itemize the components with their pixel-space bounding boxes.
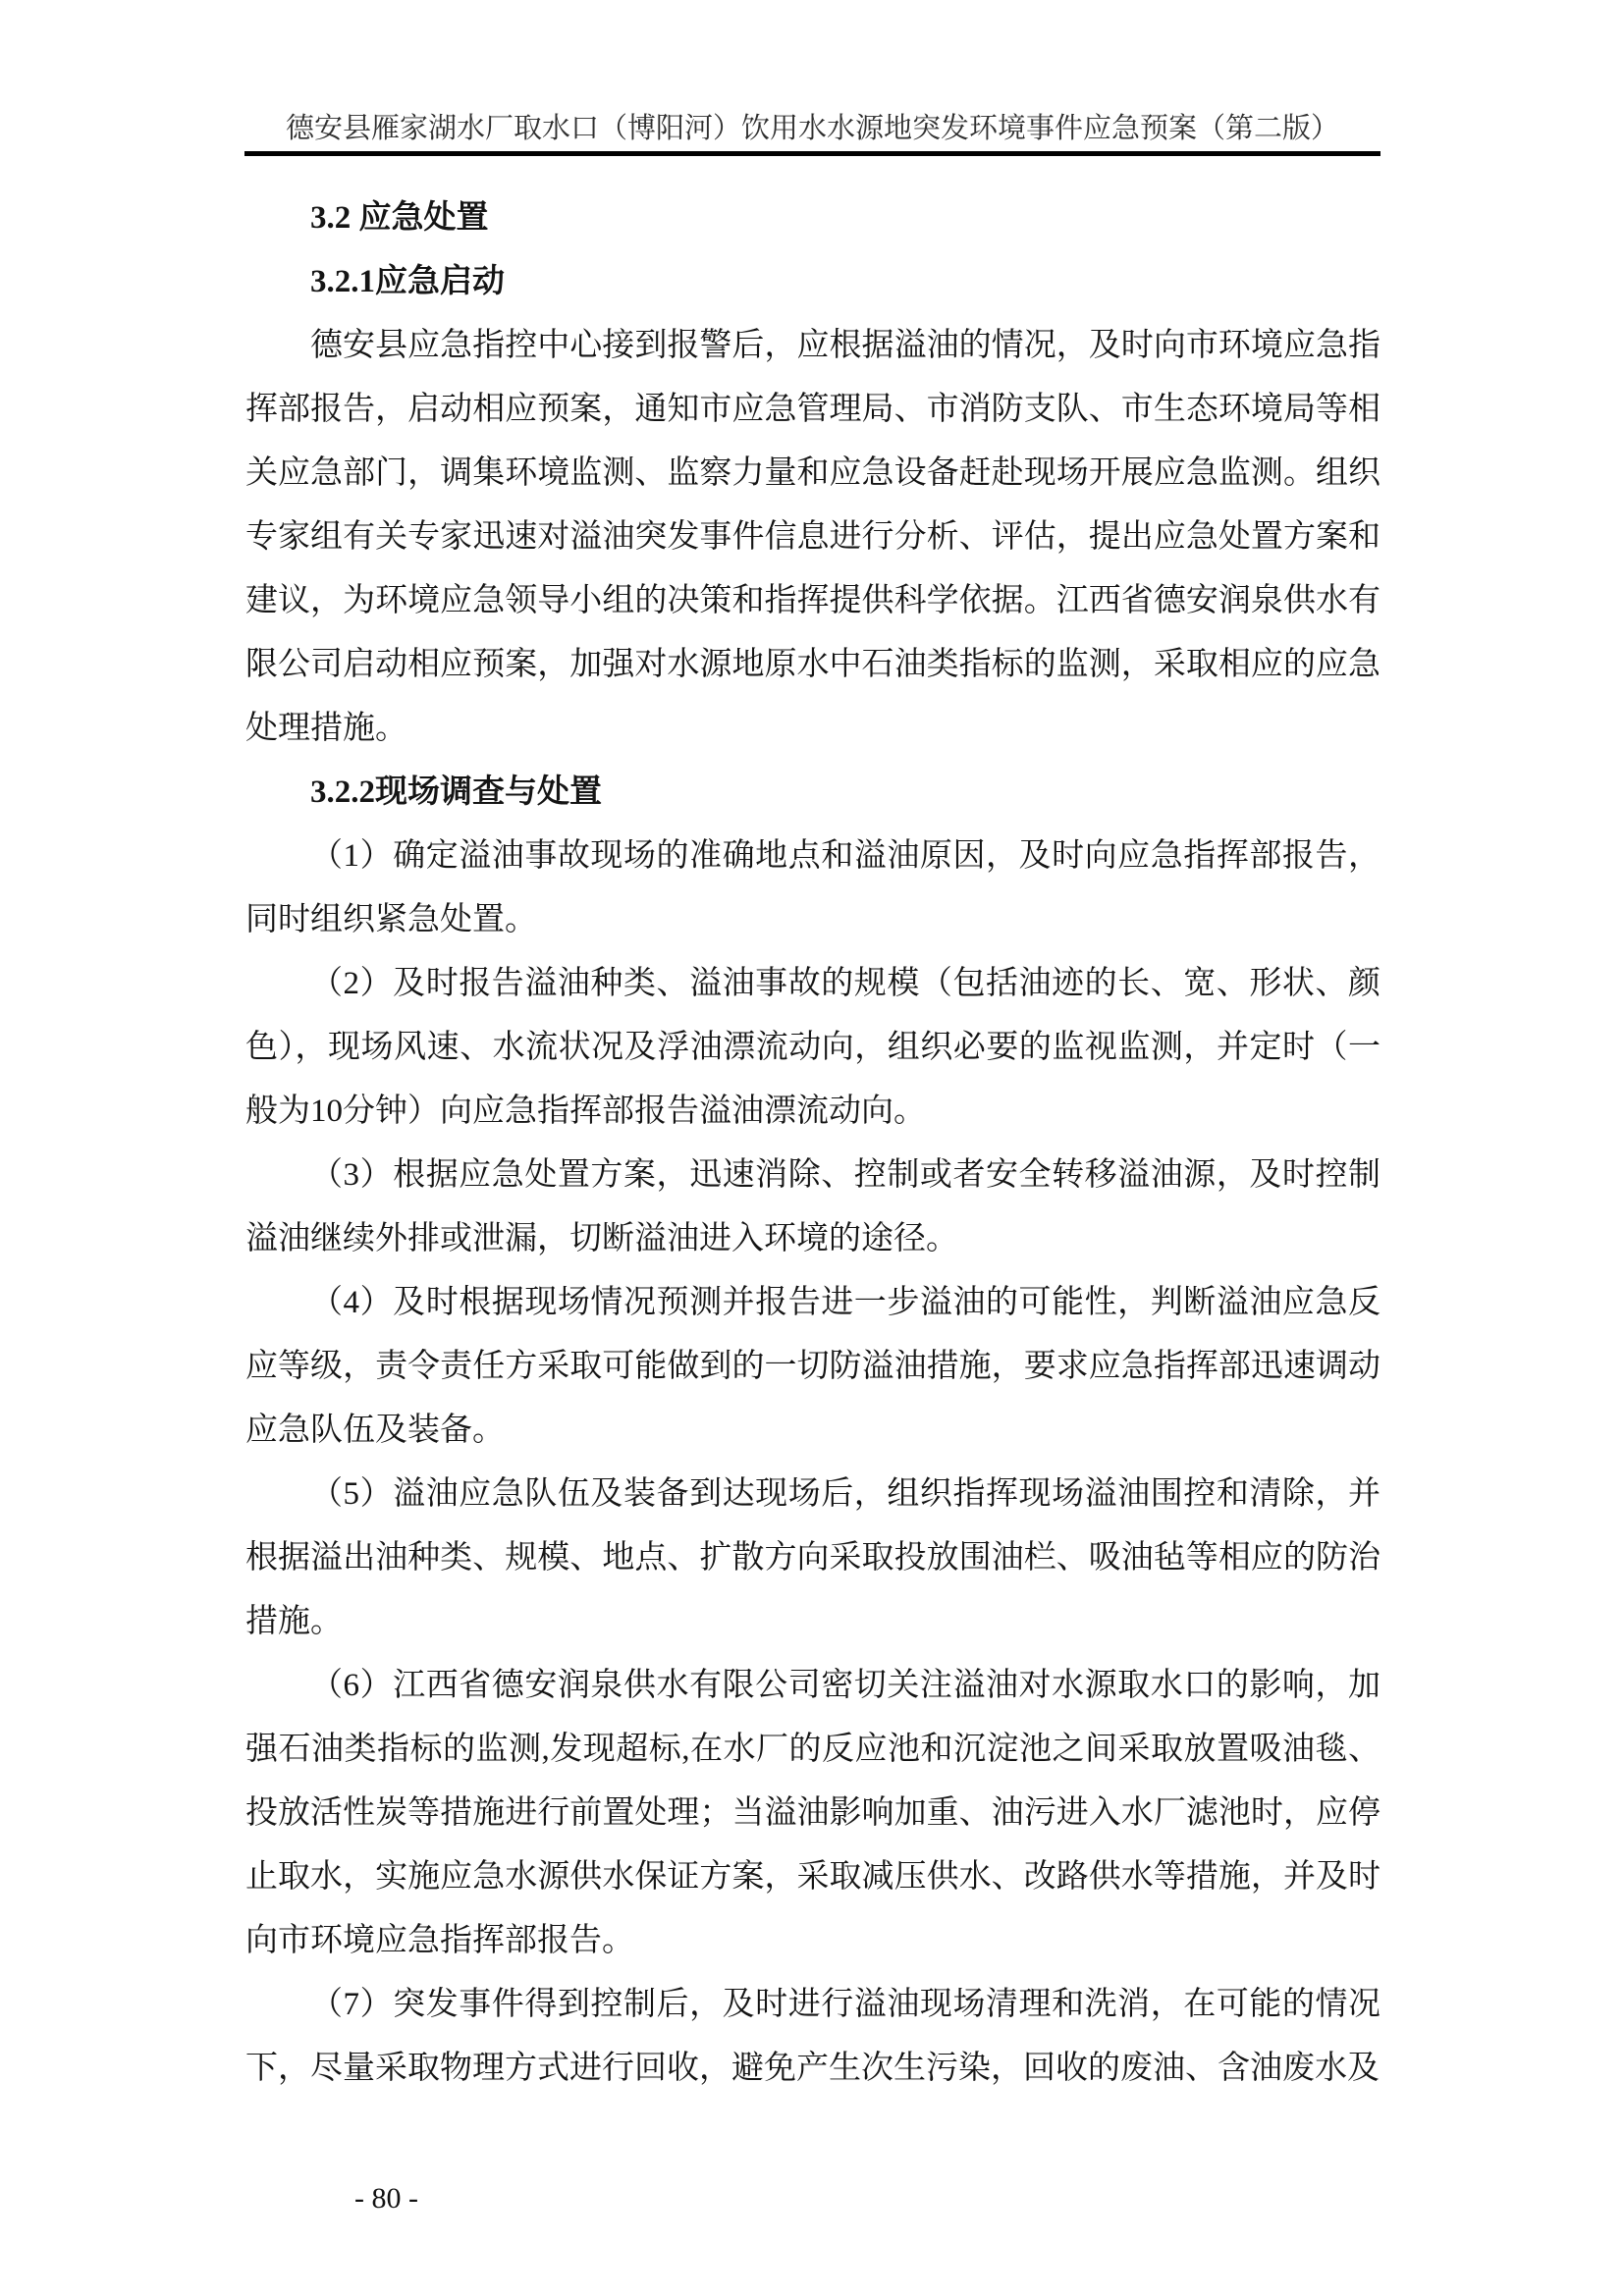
paragraph-emergency-start: 德安县应急指控中心接到报警后，应根据溢油的情况，及时向市环境应急指挥部报告，启动… bbox=[245, 314, 1380, 761]
page-header-title: 德安县雁家湖水厂取水口（博阳河）饮用水水源地突发环境事件应急预案（第二版） bbox=[244, 110, 1380, 147]
paragraph-item-3: （3）根据应急处置方案，迅速消除、控制或者安全转移溢油源，及时控制溢油继续外排或… bbox=[245, 1144, 1380, 1271]
paragraph-item-4: （4）及时根据现场情况预测并报告进一步溢油的可能性，判断溢油应急反应等级，责令责… bbox=[245, 1271, 1380, 1463]
document-page: 德安县雁家湖水厂取水口（博阳河）饮用水水源地突发环境事件应急预案（第二版） 3.… bbox=[0, 0, 1624, 2296]
paragraph-item-1: （1）确定溢油事故现场的准确地点和溢油原因，及时向应急指挥部报告，同时组织紧急处… bbox=[245, 825, 1380, 952]
page-footer: - 80 - bbox=[325, 2143, 418, 2255]
paragraph-item-6: （6）江西省德安润泉供水有限公司密切关注溢油对水源取水口的影响，加强石油类指标的… bbox=[245, 1654, 1380, 1973]
document-body: 3.2 应急处置 3.2.1应急启动 德安县应急指控中心接到报警后，应根据溢油的… bbox=[245, 187, 1380, 2101]
page-number: - 80 - bbox=[354, 2182, 418, 2215]
paragraph-item-7: （7）突发事件得到控制后，及时进行溢油现场清理和洗消，在可能的情况下，尽量采取物… bbox=[245, 1973, 1380, 2101]
paragraph-item-5: （5）溢油应急队伍及装备到达现场后，组织指挥现场溢油围控和清除，并根据溢出油种类… bbox=[245, 1463, 1380, 1654]
heading-3-2-1: 3.2.1应急启动 bbox=[245, 250, 1380, 314]
header-divider-rule bbox=[244, 151, 1380, 156]
heading-3-2-2: 3.2.2现场调查与处置 bbox=[245, 761, 1380, 825]
heading-3-2: 3.2 应急处置 bbox=[245, 187, 1380, 250]
paragraph-item-2: （2）及时报告溢油种类、溢油事故的规模（包括油迹的长、宽、形状、颜色），现场风速… bbox=[245, 952, 1380, 1144]
